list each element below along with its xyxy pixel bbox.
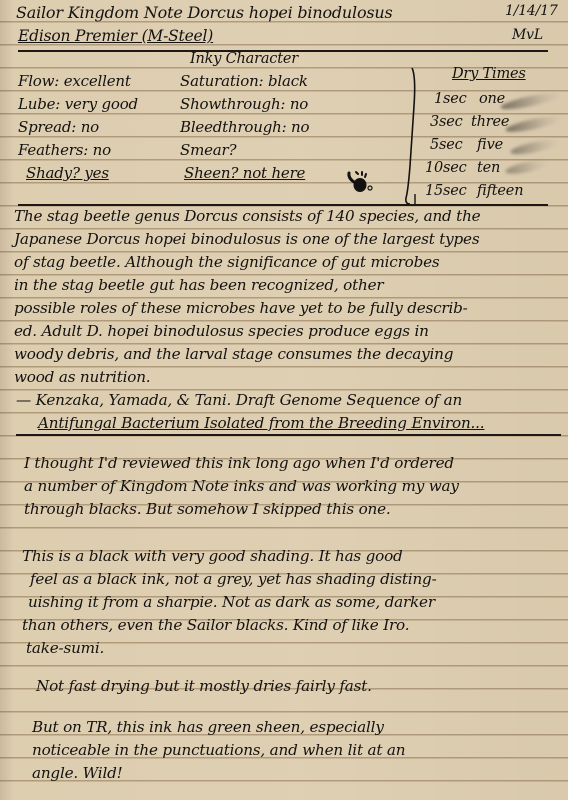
author-initials: MvL: [512, 27, 543, 43]
note-line: Not fast drying but it mostly dries fair…: [36, 675, 372, 698]
note-line: feel as a black ink, not a grey, yet has…: [22, 568, 437, 591]
dry-time-sample: three: [471, 114, 509, 130]
note-line: This is a black with very good shading. …: [22, 545, 437, 568]
dry-time-value: 10sec: [425, 160, 467, 176]
note-line: a number of Kingdom Note inks and was wo…: [24, 475, 459, 498]
quote-line: in the stag beetle gut has been recogniz…: [14, 274, 480, 297]
property-sheen: Sheen? not here: [184, 164, 305, 182]
property-smear: Smear?: [180, 141, 236, 159]
note-paragraph-2: This is a black with very good shading. …: [22, 545, 437, 660]
property-showthrough: Showthrough: no: [180, 95, 308, 113]
quote-line: woody debris, and the larval stage consu…: [14, 343, 480, 366]
dry-time-row: 5sec five: [430, 137, 503, 153]
inky-character-heading: Inky Character: [190, 51, 298, 67]
note-line: through blacks. But somehow I skipped th…: [24, 498, 459, 521]
quote-line: of stag beetle. Although the significanc…: [14, 251, 480, 274]
quote-line: possible roles of these microbes have ye…: [14, 297, 480, 320]
dry-time-value: 5sec: [430, 137, 463, 153]
dry-times-heading: Dry Times: [452, 66, 526, 82]
property-feathers: Feathers: no: [18, 141, 111, 159]
ink-smear-4: [504, 157, 550, 176]
property-lube: Lube: very good: [18, 95, 138, 113]
note-line: take-sumi.: [22, 637, 437, 660]
citation-line: Antifungal Bacterium Isolated from the B…: [16, 412, 484, 435]
ink-smear-1: [500, 90, 563, 113]
dry-time-value: 3sec: [430, 114, 463, 130]
note-line: I thought I'd reviewed this ink long ago…: [24, 452, 459, 475]
dry-time-row: 10sec ten: [425, 160, 500, 176]
pen-name: Edison Premier (M-Steel): [18, 27, 213, 45]
quote-line: wood as nutrition.: [14, 366, 480, 389]
dry-time-row: 1sec one: [434, 91, 505, 107]
property-flow: Flow: excellent: [18, 72, 131, 90]
note-paragraph-1: I thought I'd reviewed this ink long ago…: [24, 452, 459, 521]
dry-time-sample: ten: [477, 160, 500, 176]
dry-time-sample: one: [479, 91, 505, 107]
ink-review-title: Sailor Kingdom Note Dorcus hopei binodul…: [16, 3, 393, 22]
quote-paragraph: The stag beetle genus Dorcus consists of…: [14, 205, 480, 389]
property-saturation: Saturation: black: [180, 72, 308, 90]
citation: — Kenzaka, Yamada, & Tani. Draft Genome …: [16, 389, 484, 435]
note-line: than others, even the Sailor blacks. Kin…: [22, 614, 437, 637]
note-line: uishing it from a sharpie. Not as dark a…: [22, 591, 437, 614]
dry-time-row: 15sec fifteen: [425, 183, 523, 199]
note-line: angle. Wild!: [32, 762, 405, 785]
quote-line: ed. Adult D. hopei binodulosus species p…: [14, 320, 480, 343]
dry-time-value: 15sec: [425, 183, 467, 199]
dry-time-sample: five: [477, 137, 503, 153]
beetle-doodle-icon: [345, 168, 375, 194]
dry-times-brace: [400, 66, 420, 206]
dry-time-row: 3sec three: [430, 114, 509, 130]
property-bleedthrough: Bleedthrough: no: [180, 118, 309, 136]
citation-rule: [16, 434, 561, 436]
review-date: 1/14/17: [505, 3, 558, 19]
note-paragraph-4: But on TR, this ink has green sheen, esp…: [32, 716, 405, 785]
quote-line: Japanese Dorcus hopei binodulosus is one…: [14, 228, 480, 251]
property-shady: Shady? yes: [26, 164, 109, 182]
dry-time-sample: fifteen: [477, 183, 523, 199]
property-spread: Spread: no: [18, 118, 99, 136]
note-line: noticeable in the punctuations, and when…: [32, 739, 405, 762]
ink-smear-3: [510, 137, 561, 157]
citation-line: — Kenzaka, Yamada, & Tani. Draft Genome …: [16, 389, 484, 412]
note-line: But on TR, this ink has green sheen, esp…: [32, 716, 405, 739]
notebook-page: Sailor Kingdom Note Dorcus hopei binodul…: [0, 0, 568, 800]
dry-time-value: 1sec: [434, 91, 467, 107]
note-paragraph-3: Not fast drying but it mostly dries fair…: [36, 675, 372, 698]
ink-smear-2: [505, 113, 564, 135]
quote-line: The stag beetle genus Dorcus consists of…: [14, 205, 480, 228]
